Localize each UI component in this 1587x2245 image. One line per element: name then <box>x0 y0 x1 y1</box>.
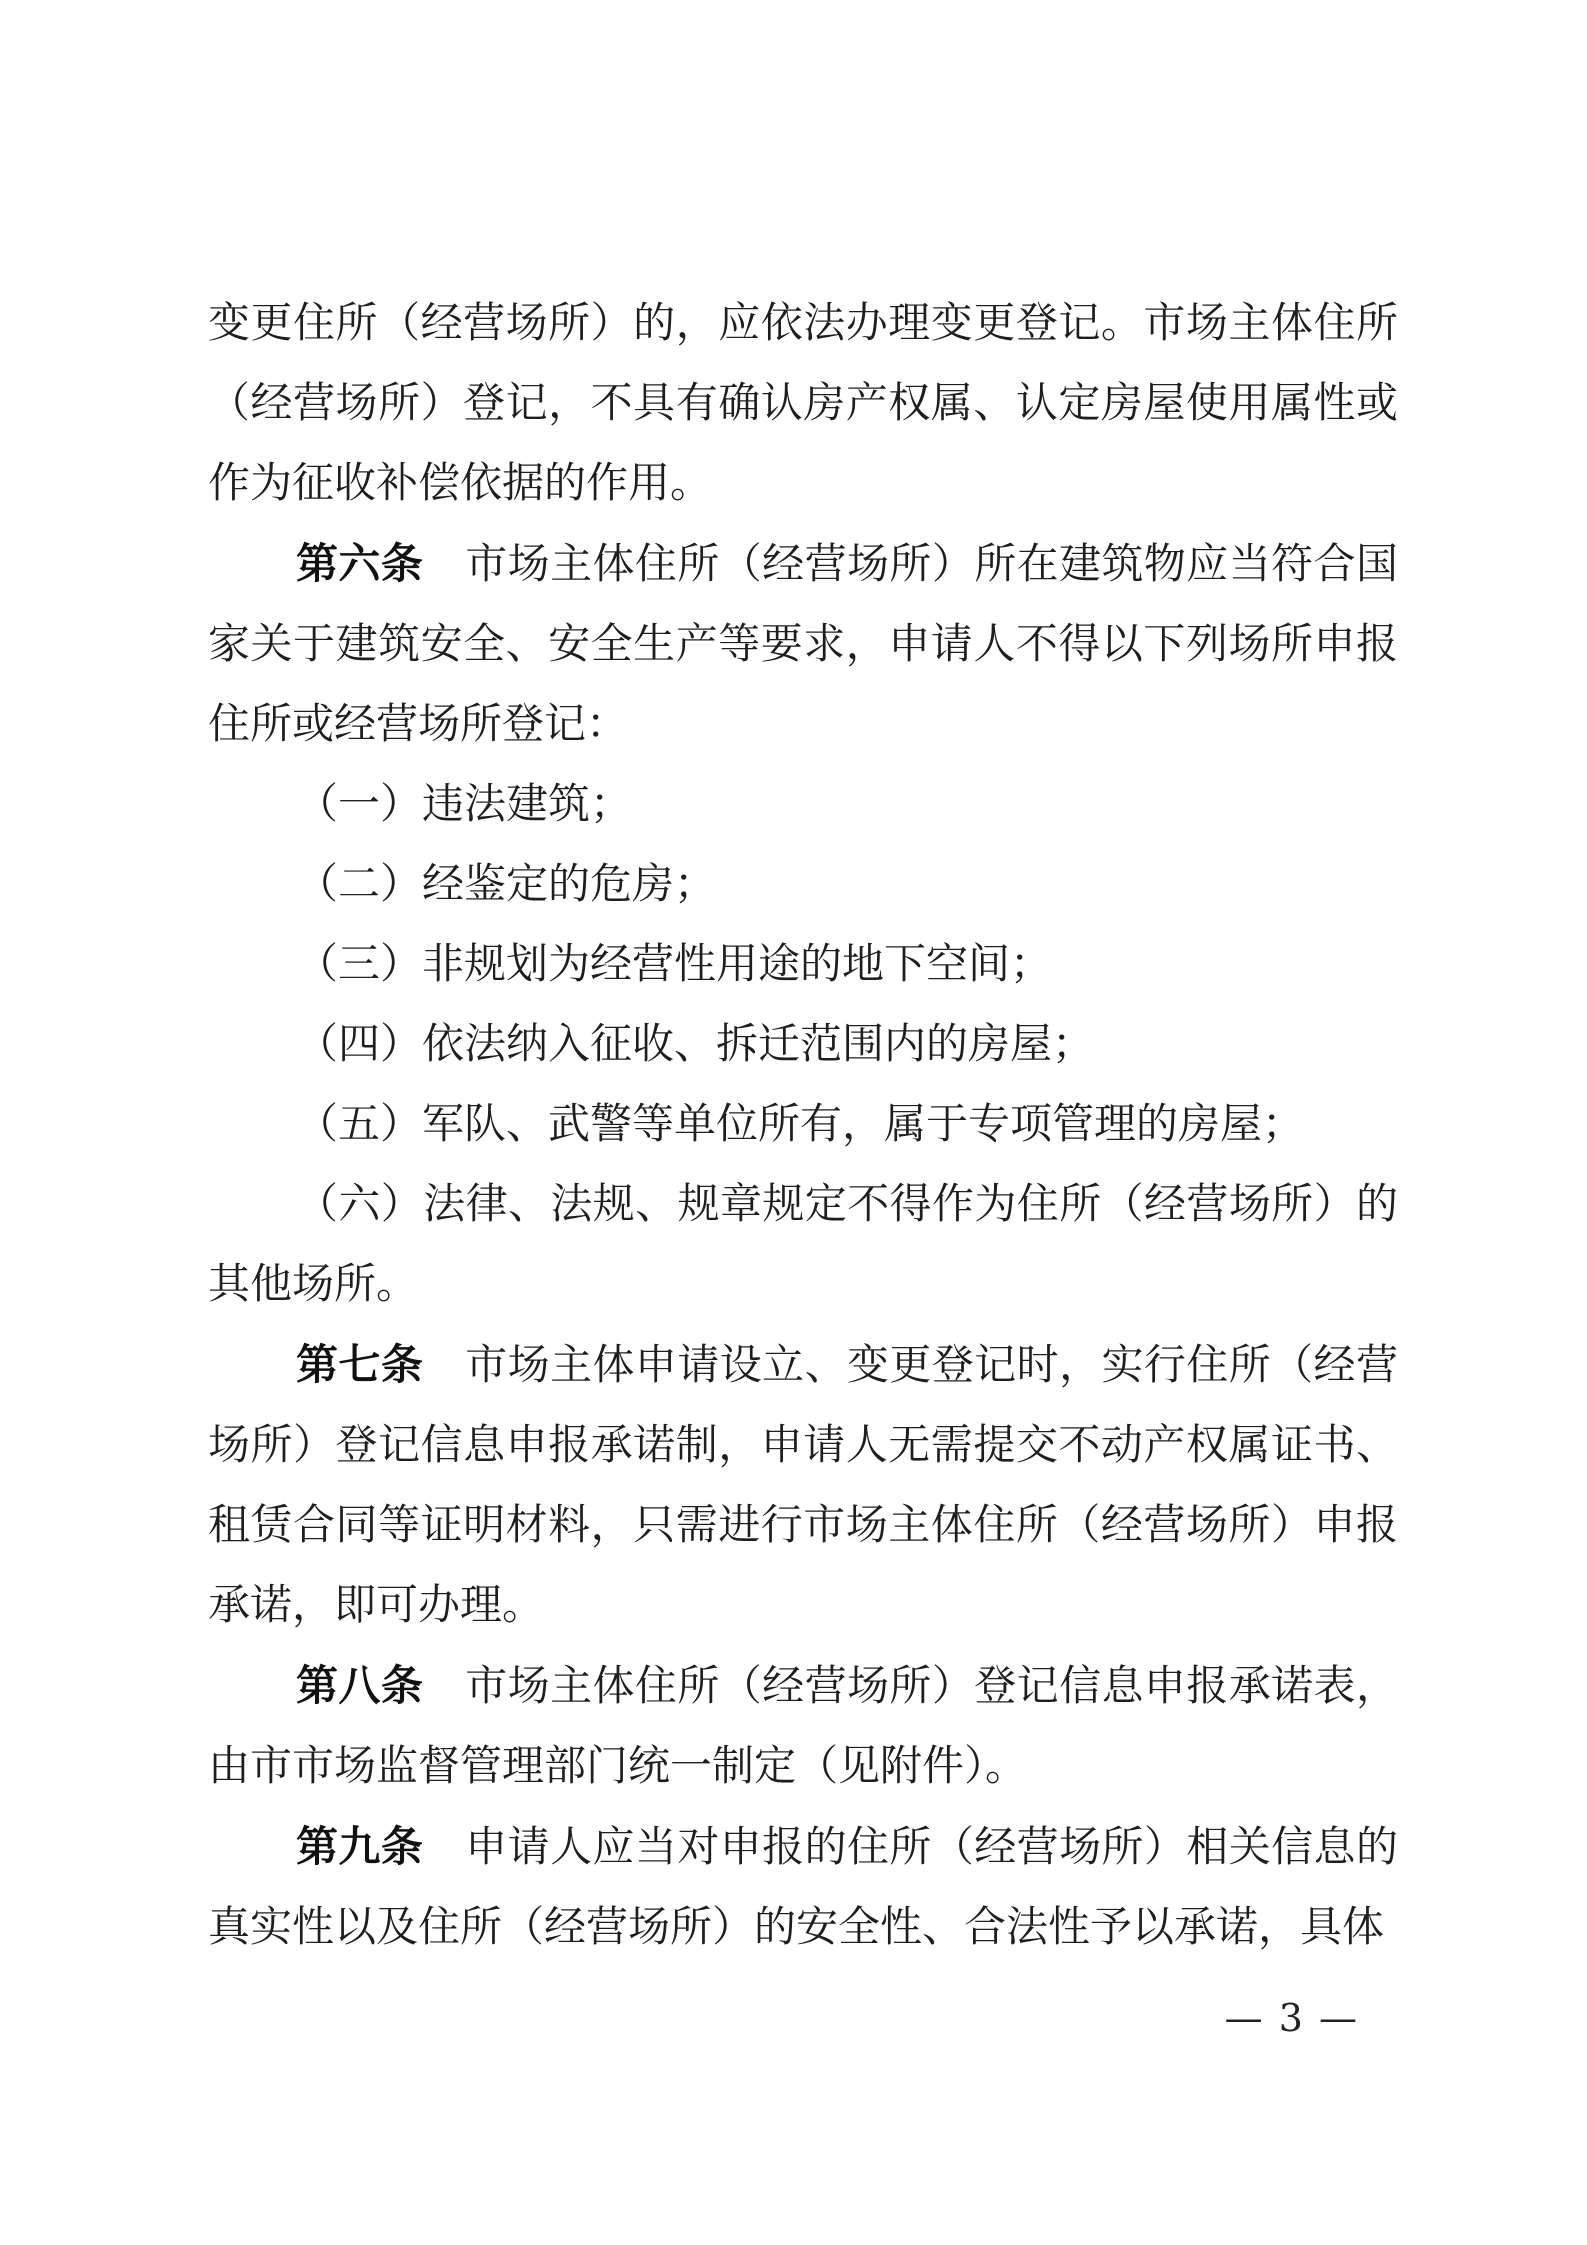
article-number: 第七条 <box>296 1341 423 1388</box>
article-paragraph: 第八条市场主体住所（经营场所）登记信息申报承诺表，由市市场监督管理部门统一制定（… <box>208 1646 1398 1807</box>
article-number: 第八条 <box>296 1662 423 1709</box>
paragraph-text: （六）法律、法规、规章规定不得作为住所（经营场所）的其他场所。 <box>208 1182 1398 1308</box>
paragraph-text: （二）经鉴定的危房； <box>296 862 716 908</box>
article-paragraph: 第六条市场主体住所（经营场所）所在建筑物应当符合国家关于建筑安全、安全生产等要求… <box>208 524 1398 765</box>
continuation-paragraph: 变更住所（经营场所）的，应依法办理变更登记。市场主体住所（经营场所）登记，不具有… <box>208 284 1398 524</box>
article-paragraph: 第七条市场主体申请设立、变更登记时，实行住所（经营场所）登记信息申报承诺制，申请… <box>208 1325 1398 1646</box>
list-item-paragraph: （五）军队、武警等单位所有，属于专项管理的房屋； <box>208 1085 1398 1165</box>
paragraph-text: （四）依法纳入征收、拆迁范围内的房屋； <box>296 1022 1094 1068</box>
paragraph-text: （三）非规划为经营性用途的地下空间； <box>296 942 1052 988</box>
list-item-paragraph: （六）法律、法规、规章规定不得作为住所（经营场所）的其他场所。 <box>208 1165 1398 1325</box>
document-body: 变更住所（经营场所）的，应依法办理变更登记。市场主体住所（经营场所）登记，不具有… <box>208 0 1398 1968</box>
article-number: 第六条 <box>296 540 423 587</box>
list-item-paragraph: （三）非规划为经营性用途的地下空间； <box>208 925 1398 1005</box>
article-paragraph: 第九条申请人应当对申报的住所（经营场所）相关信息的真实性以及住所（经营场所）的安… <box>208 1807 1398 1968</box>
list-item-paragraph: （一）违法建筑； <box>208 765 1398 845</box>
article-number: 第九条 <box>296 1823 423 1870</box>
paragraph-text: 变更住所（经营场所）的，应依法办理变更登记。市场主体住所（经营场所）登记，不具有… <box>208 301 1398 507</box>
page-number: — 3 — <box>1225 1996 1359 2040</box>
list-item-paragraph: （四）依法纳入征收、拆迁范围内的房屋； <box>208 1005 1398 1085</box>
paragraph-text: （一）违法建筑； <box>296 782 632 828</box>
list-item-paragraph: （二）经鉴定的危房； <box>208 845 1398 925</box>
document-page: 变更住所（经营场所）的，应依法办理变更登记。市场主体住所（经营场所）登记，不具有… <box>0 0 1587 2245</box>
paragraph-text: （五）军队、武警等单位所有，属于专项管理的房屋； <box>296 1102 1304 1148</box>
